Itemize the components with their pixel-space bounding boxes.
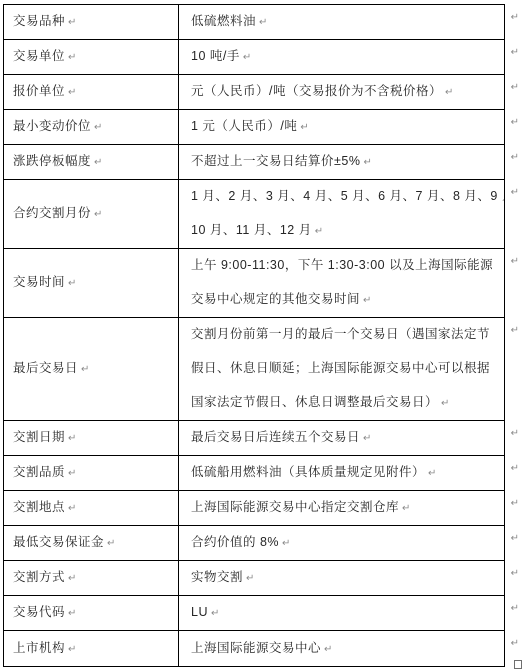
return-mark-icon: ↵: [68, 433, 76, 444]
spec-value-cell[interactable]: 元（人民币）/吨（交易报价为不含税价格）↵: [179, 75, 504, 109]
spec-label-cell[interactable]: 交易单位↵: [4, 40, 179, 74]
spec-value-cell[interactable]: 上午 9:00-11:30，下午 1:30-3:00 以及上海国际能源 交易中心…: [179, 249, 504, 317]
spec-label-cell[interactable]: 交割品质↵: [4, 456, 179, 490]
return-mark-icon: ↵: [324, 644, 332, 655]
table-row: 交易时间↵ 上午 9:00-11:30，下午 1:30-3:00 以及上海国际能…: [4, 249, 504, 318]
return-mark-icon: ↵: [363, 157, 371, 168]
spec-value-text: 低硫船用燃料油（具体质量规定见附件）: [191, 465, 425, 479]
spec-label-text: 最小变动价位: [13, 119, 91, 133]
spec-value-text: 合约价值的 8%: [191, 535, 279, 549]
return-mark-icon: ↵: [441, 398, 449, 409]
row-end-mark-icon: ↵: [511, 429, 519, 439]
spec-label-cell[interactable]: 交易品种↵: [4, 5, 179, 39]
spec-value-cell[interactable]: 低硫船用燃料油（具体质量规定见附件）↵: [179, 456, 504, 490]
table-row: 交易单位↵ 10 吨/手↵ ↵: [4, 40, 504, 75]
spec-label-cell[interactable]: 合约交割月份↵: [4, 180, 179, 248]
return-mark-icon: ↵: [68, 278, 76, 289]
row-end-mark-icon: ↵: [511, 118, 519, 128]
return-mark-icon: ↵: [259, 17, 267, 28]
row-end-mark-icon: ↵: [511, 153, 519, 163]
spec-value-text: 实物交割: [191, 570, 243, 584]
table-row: 涨跌停板幅度↵ 不超过上一交易日结算价±5%↵ ↵: [4, 145, 504, 180]
return-mark-icon: ↵: [402, 503, 410, 514]
spec-value-cell[interactable]: 低硫燃料油↵: [179, 5, 504, 39]
table-row: 上市机构↵ 上海国际能源交易中心↵ ↵: [4, 631, 504, 666]
spec-label-text: 上市机构: [13, 641, 65, 655]
spec-label-text: 合约交割月份: [13, 206, 91, 220]
row-end-mark-icon: ↵: [511, 534, 519, 544]
return-mark-icon: ↵: [68, 644, 76, 655]
spec-value-text: 元（人民币）/吨（交易报价为不含税价格）: [191, 84, 442, 98]
return-mark-icon: ↵: [68, 52, 76, 63]
spec-value-text: 交割月份前第一月的最后一个交易日（遇国家法定节 假日、休息日顺延；上海国际能源交…: [191, 327, 490, 409]
row-end-mark-icon: ↵: [511, 188, 519, 198]
table-row: 交割地点↵ 上海国际能源交易中心指定交割仓库↵ ↵: [4, 491, 504, 526]
spec-label-text: 交易单位: [13, 49, 65, 63]
spec-label-cell[interactable]: 最小变动价位↵: [4, 110, 179, 144]
row-end-mark-icon: ↵: [511, 604, 519, 614]
return-mark-icon: ↵: [428, 468, 436, 479]
spec-label-text: 报价单位: [13, 84, 65, 98]
row-end-mark-icon: ↵: [511, 499, 519, 509]
spec-value-text: 上海国际能源交易中心: [191, 641, 321, 655]
row-end-mark-icon: ↵: [511, 13, 519, 23]
spec-value-text: 低硫燃料油: [191, 14, 256, 28]
return-mark-icon: ↵: [94, 122, 102, 133]
return-mark-icon: ↵: [282, 538, 290, 549]
spec-label-cell[interactable]: 交易时间↵: [4, 249, 179, 317]
spec-label-text: 交易代码: [13, 605, 65, 619]
spec-value-cell[interactable]: 交割月份前第一月的最后一个交易日（遇国家法定节 假日、休息日顺延；上海国际能源交…: [179, 318, 504, 420]
spec-value-cell[interactable]: 1 元（人民币）/吨↵: [179, 110, 504, 144]
table-row: 交易品种↵ 低硫燃料油↵ ↵: [4, 5, 504, 40]
spec-label-cell[interactable]: 报价单位↵: [4, 75, 179, 109]
spec-value-text: 不超过上一交易日结算价±5%: [191, 154, 360, 168]
spec-label-text: 涨跌停板幅度: [13, 154, 91, 168]
table-row: 交割方式↵ 实物交割↵ ↵: [4, 561, 504, 596]
return-mark-icon: ↵: [107, 538, 115, 549]
return-mark-icon: ↵: [363, 295, 371, 306]
spec-label-cell[interactable]: 交割日期↵: [4, 421, 179, 455]
row-end-mark-icon: ↵: [511, 83, 519, 93]
spec-value-text: 上海国际能源交易中心指定交割仓库: [191, 500, 399, 514]
return-mark-icon: ↵: [68, 608, 76, 619]
return-mark-icon: ↵: [68, 573, 76, 584]
row-end-mark-icon: ↵: [511, 569, 519, 579]
spec-value-cell[interactable]: 最后交易日后连续五个交易日↵: [179, 421, 504, 455]
spec-label-text: 交易时间: [13, 275, 65, 289]
return-mark-icon: ↵: [94, 209, 102, 220]
return-mark-icon: ↵: [68, 17, 76, 28]
table-row: 交割日期↵ 最后交易日后连续五个交易日↵ ↵: [4, 421, 504, 456]
spec-value-text: 10 吨/手: [191, 49, 240, 63]
spec-value-cell[interactable]: 不超过上一交易日结算价±5%↵: [179, 145, 504, 179]
spec-label-cell[interactable]: 最后交易日↵: [4, 318, 179, 420]
row-end-mark-icon: ↵: [511, 639, 519, 649]
spec-table: 交易品种↵ 低硫燃料油↵ ↵ 交易单位↵ 10 吨/手↵ ↵ 报价单位↵: [3, 4, 505, 667]
table-row: 报价单位↵ 元（人民币）/吨（交易报价为不含税价格）↵ ↵: [4, 75, 504, 110]
spec-value-cell[interactable]: 实物交割↵: [179, 561, 504, 595]
return-mark-icon: ↵: [315, 226, 323, 237]
spec-value-cell[interactable]: LU↵: [179, 596, 504, 630]
return-mark-icon: ↵: [445, 87, 453, 98]
spec-label-text: 最后交易日: [13, 361, 78, 375]
spec-label-cell[interactable]: 交易代码↵: [4, 596, 179, 630]
return-mark-icon: ↵: [300, 122, 308, 133]
paragraph-square-icon: [514, 660, 522, 669]
return-mark-icon: ↵: [81, 364, 89, 375]
table-row: 合约交割月份↵ 1 月、2 月、3 月、4 月、5 月、6 月、7 月、8 月、…: [4, 180, 504, 249]
spec-value-cell[interactable]: 1 月、2 月、3 月、4 月、5 月、6 月、7 月、8 月、9 月、 10 …: [179, 180, 504, 248]
spec-label-text: 交割方式: [13, 570, 65, 584]
row-end-mark-icon: ↵: [511, 464, 519, 474]
return-mark-icon: ↵: [243, 52, 251, 63]
spec-label-text: 交割品质: [13, 465, 65, 479]
return-mark-icon: ↵: [68, 503, 76, 514]
table-row: 最小变动价位↵ 1 元（人民币）/吨↵ ↵: [4, 110, 504, 145]
return-mark-icon: ↵: [363, 433, 371, 444]
spec-label-cell[interactable]: 最低交易保证金↵: [4, 526, 179, 560]
table-row: 最后交易日↵ 交割月份前第一月的最后一个交易日（遇国家法定节 假日、休息日顺延；…: [4, 318, 504, 421]
spec-label-text: 交割地点: [13, 500, 65, 514]
spec-label-cell[interactable]: 交割方式↵: [4, 561, 179, 595]
spec-label-cell[interactable]: 上市机构↵: [4, 631, 179, 666]
spec-label-text: 最低交易保证金: [13, 535, 104, 549]
row-end-mark-icon: ↵: [511, 326, 519, 336]
return-mark-icon: ↵: [246, 573, 254, 584]
return-mark-icon: ↵: [94, 157, 102, 168]
spec-value-text: LU: [191, 605, 208, 619]
document-page: 交易品种↵ 低硫燃料油↵ ↵ 交易单位↵ 10 吨/手↵ ↵ 报价单位↵: [0, 0, 525, 669]
spec-value-text: 1 元（人民币）/吨: [191, 119, 297, 133]
spec-value-text: 上午 9:00-11:30，下午 1:30-3:00 以及上海国际能源 交易中心…: [191, 258, 493, 306]
spec-value-cell[interactable]: 上海国际能源交易中心↵: [179, 631, 504, 666]
spec-value-text: 1 月、2 月、3 月、4 月、5 月、6 月、7 月、8 月、9 月、 10 …: [191, 189, 504, 237]
spec-label-cell[interactable]: 涨跌停板幅度↵: [4, 145, 179, 179]
spec-value-cell[interactable]: 上海国际能源交易中心指定交割仓库↵: [179, 491, 504, 525]
return-mark-icon: ↵: [211, 608, 219, 619]
spec-label-text: 交易品种: [13, 14, 65, 28]
spec-value-text: 最后交易日后连续五个交易日: [191, 430, 360, 444]
spec-label-text: 交割日期: [13, 430, 65, 444]
return-mark-icon: ↵: [68, 468, 76, 479]
row-end-mark-icon: ↵: [511, 257, 519, 267]
spec-value-cell[interactable]: 合约价值的 8%↵: [179, 526, 504, 560]
return-mark-icon: ↵: [68, 87, 76, 98]
spec-value-cell[interactable]: 10 吨/手↵: [179, 40, 504, 74]
row-end-mark-icon: ↵: [511, 48, 519, 58]
spec-label-cell[interactable]: 交割地点↵: [4, 491, 179, 525]
table-row: 交易代码↵ LU↵ ↵: [4, 596, 504, 631]
table-row: 最低交易保证金↵ 合约价值的 8%↵ ↵: [4, 526, 504, 561]
table-row: 交割品质↵ 低硫船用燃料油（具体质量规定见附件）↵ ↵: [4, 456, 504, 491]
